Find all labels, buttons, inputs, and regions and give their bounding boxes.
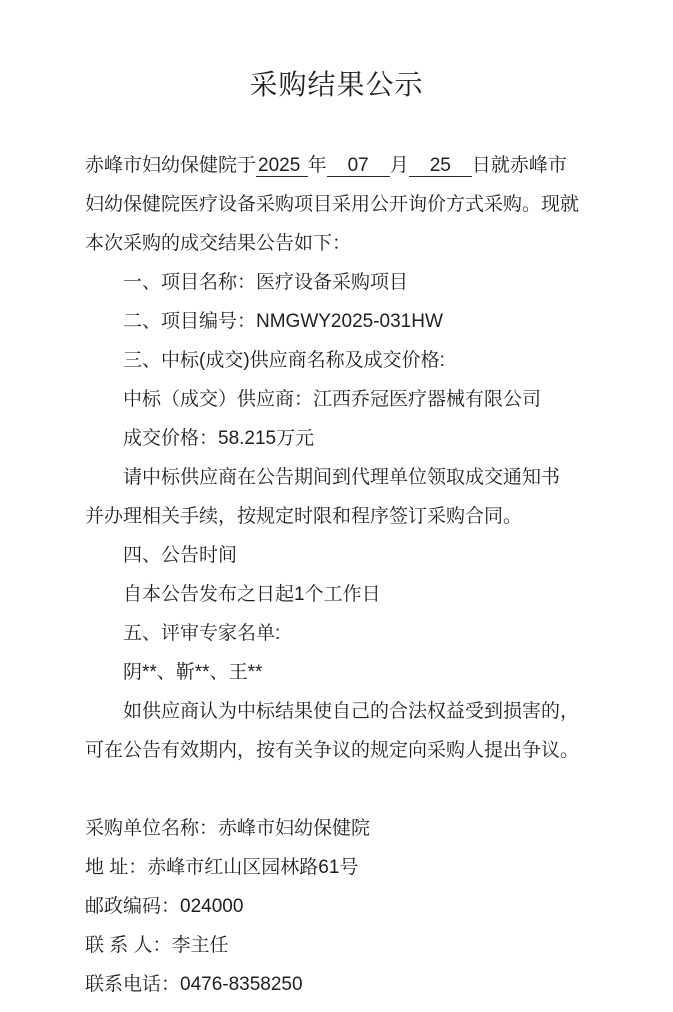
text-line: 中标（成交）供应商：江西乔冠医疗器械有限公司	[85, 380, 593, 419]
text-run: 本次采购的成交结果公告如下：	[85, 233, 351, 254]
text-line: 邮政编码：024000	[85, 887, 593, 926]
text-run: 日就赤峰市	[472, 155, 567, 176]
text-run: 阴**、靳**、王**	[123, 662, 262, 683]
text-line: 四、公告时间	[85, 536, 593, 575]
text-run: 三、中标(成交)供应商名称及成交价格:	[123, 350, 445, 371]
underlined-blank: 07	[327, 155, 390, 177]
text-line: 二、项目编号：NMGWY2025-031HW	[85, 302, 593, 341]
text-line: 并办理相关手续，按规定时限和程序签订采购合同。	[85, 497, 593, 536]
text-run: 采购单位名称：赤峰市妇幼保健院	[85, 818, 370, 839]
underlined-blank: 25	[409, 155, 472, 177]
text-run: 如供应商认为中标结果使自己的合法权益受到损害的，	[123, 701, 579, 722]
text-line: 一、项目名称：医疗设备采购项目	[85, 263, 593, 302]
text-run: 月	[390, 155, 409, 176]
text-run: 妇幼保健院医疗设备采购项目采用公开询价方式采购。现就	[85, 194, 579, 215]
text-run: 邮政编码：024000	[85, 896, 243, 917]
text-run: 请中标供应商在公告期间到代理单位领取成交通知书	[123, 467, 560, 488]
text-run: 中标（成交）供应商：江西乔冠医疗器械有限公司	[123, 389, 541, 410]
text-run: 年	[308, 155, 327, 176]
document-title: 采购结果公示	[0, 0, 673, 104]
text-run: 赤峰市妇幼保健院于	[85, 155, 256, 176]
text-line: 联 系 人：李主任	[85, 926, 593, 965]
blank-line	[85, 770, 593, 809]
text-line: 三、中标(成交)供应商名称及成交价格:	[85, 341, 593, 380]
text-run: 四、公告时间	[123, 545, 237, 566]
text-line: 请中标供应商在公告期间到代理单位领取成交通知书	[85, 458, 593, 497]
underlined-blank: 2025	[256, 155, 308, 177]
text-line: 成交价格：58.215万元	[85, 419, 593, 458]
text-run: 成交价格：58.215万元	[123, 428, 314, 449]
text-run: 自本公告发布之日起1个工作日	[123, 584, 381, 605]
text-line: 联系电话：0476-8358250	[85, 965, 593, 1004]
text-line: 本次采购的成交结果公告如下：	[85, 224, 593, 263]
document-page: 采购结果公示 赤峰市妇幼保健院于2025 年 07 月 25 日就赤峰市妇幼保健…	[0, 0, 673, 1012]
text-line: 自本公告发布之日起1个工作日	[85, 575, 593, 614]
text-run: 二、项目编号：NMGWY2025-031HW	[123, 311, 443, 332]
text-run: 联 系 人：李主任	[85, 935, 229, 956]
text-line: 赤峰市妇幼保健院于2025 年 07 月 25 日就赤峰市	[85, 146, 593, 185]
text-run: 可在公告有效期内，按有关争议的规定向采购人提出争议。	[85, 740, 579, 761]
text-run: 地 址：赤峰市红山区园林路61号	[85, 857, 358, 878]
text-line: 妇幼保健院医疗设备采购项目采用公开询价方式采购。现就	[85, 185, 593, 224]
text-run: 联系电话：0476-8358250	[85, 974, 303, 995]
text-line: 可在公告有效期内，按有关争议的规定向采购人提出争议。	[85, 731, 593, 770]
text-line: 如供应商认为中标结果使自己的合法权益受到损害的，	[85, 692, 593, 731]
text-run: 五、评审专家名单:	[123, 623, 280, 644]
document-body: 赤峰市妇幼保健院于2025 年 07 月 25 日就赤峰市妇幼保健院医疗设备采购…	[0, 104, 673, 1004]
text-line: 地 址：赤峰市红山区园林路61号	[85, 848, 593, 887]
text-line: 五、评审专家名单:	[85, 614, 593, 653]
text-run: 一、项目名称：医疗设备采购项目	[123, 272, 408, 293]
text-line: 阴**、靳**、王**	[85, 653, 593, 692]
text-line: 采购单位名称：赤峰市妇幼保健院	[85, 809, 593, 848]
text-run: 并办理相关手续，按规定时限和程序签订采购合同。	[85, 506, 522, 527]
